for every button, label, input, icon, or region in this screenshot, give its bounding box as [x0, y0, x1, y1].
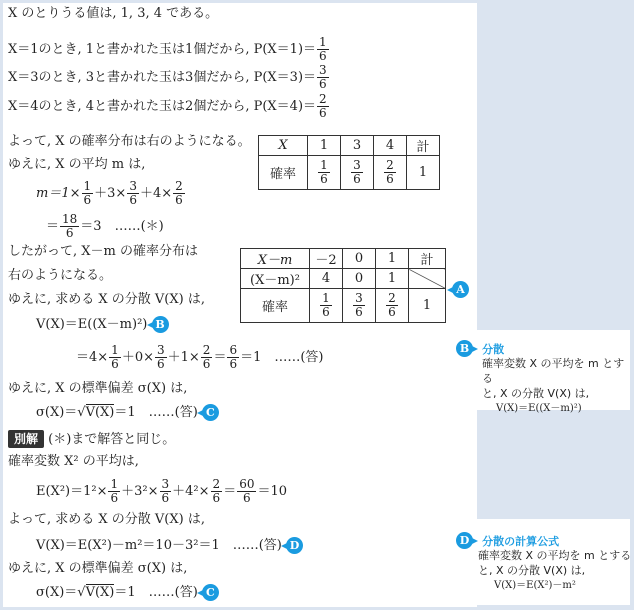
text-line: ゆえに, 求める X の分散 V(X) は,	[8, 292, 205, 308]
text-line: ゆえに, X の標準偏差 σ(X) は,	[8, 561, 187, 577]
badge-d: D	[286, 537, 303, 554]
equation: E(X²)＝1²×16＋3²×36＋4²×26＝606＝10	[36, 478, 287, 505]
badge-b: B	[152, 316, 169, 333]
note-variance-header: B 分散	[456, 338, 504, 357]
badge-c: C	[202, 404, 219, 421]
equation: ＝4×16＋0×36＋1×26＝66＝1 ……(答)	[76, 344, 324, 371]
text-line: ゆえに, X の平均 m は,	[8, 157, 145, 173]
badge-d: D	[456, 532, 473, 549]
text-line: X のとりうる値は, 1, 3, 4 である。	[8, 6, 218, 22]
fraction: 16	[317, 36, 329, 63]
note-formula-header: D 分散の計算公式	[456, 530, 559, 549]
equation: m＝1×16＋3×36＋4×26	[36, 180, 186, 207]
equation: V(X)＝E(X²)－m²＝10－3²＝1 ……(答) D	[36, 537, 303, 554]
fraction: 36	[317, 64, 329, 91]
badge-b: B	[456, 340, 473, 357]
text-line: 確率変数 X² の平均は,	[8, 454, 139, 470]
badge-a: A	[452, 281, 469, 298]
note-variance-body: 確率変数 X の平均を m とする と, X の分散 V(X) は, V(X)＝…	[482, 356, 634, 416]
probability-table-x: X 1 3 4 計 確率 16 36 26 1	[258, 135, 440, 190]
text-line: よって, X の確率分布は右のようになる。	[8, 134, 251, 150]
text-line: したがって, X－m の確率分布は	[8, 244, 198, 260]
text-line: X＝3のとき, 3と書かれた玉は3個だから, P(X＝3)＝36	[8, 64, 330, 91]
text-line: X＝4のとき, 4と書かれた玉は2個だから, P(X＝4)＝26	[8, 93, 330, 120]
text-line: ゆえに, X の標準偏差 σ(X) は,	[8, 381, 187, 397]
note-formula-body: 確率変数 X の平均を m とする と, X の分散 V(X) は, V(X)＝…	[478, 548, 631, 593]
probability-table-deviation: X－m －2 0 1 計 (X－m)² 4 0 1 確率 16 36 26 1	[240, 248, 446, 323]
text-line: よって, 求める X の分散 V(X) は,	[8, 512, 205, 528]
text-line: X＝1のとき, 1と書かれた玉は1個だから, P(X＝1)＝16	[8, 36, 330, 63]
text-line: 別解 (＊)まで解答と同じ。	[8, 430, 175, 448]
diagonal-cell	[409, 269, 446, 289]
badge-c: C	[202, 584, 219, 601]
equation: σ(X)＝√V(X)＝1 ……(答) C	[36, 584, 219, 601]
equation: ＝186＝3 ……(＊)	[46, 213, 164, 240]
equation: σ(X)＝√V(X)＝1 ……(答) C	[36, 404, 219, 421]
fraction: 26	[317, 93, 329, 120]
text-line: 右のようになる。	[8, 268, 112, 284]
equation: V(X)＝E((X－m)²) B	[36, 316, 169, 333]
alt-solution-label: 別解	[8, 430, 44, 448]
